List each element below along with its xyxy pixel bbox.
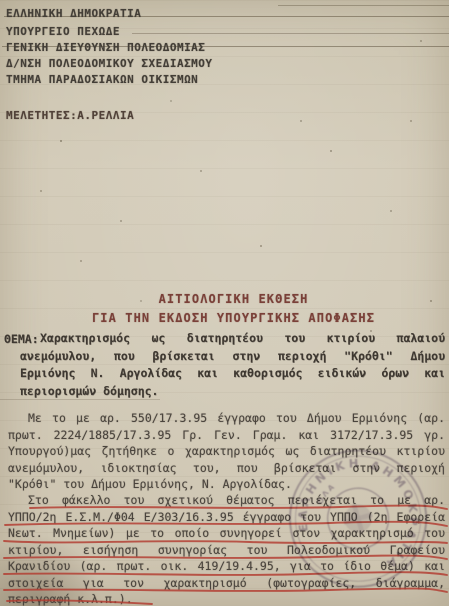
- scan-line: [278, 5, 449, 6]
- body-line: Με το με αρ. 550/17.3.95 έγγραφο του Δήμ…: [8, 412, 445, 425]
- letterhead-line-department: ΤΜΗΜΑ ΠΑΡΑΔΟΣΙΑΚΩΝ ΟΙΚΙΣΜΩΝ: [6, 73, 198, 86]
- letterhead-line-directorate: Δ/ΝΣΗ ΠΟΛΕΟΔΟΜΙΚΟΥ ΣΧΕΔΙΑΣΜΟΥ: [6, 57, 213, 70]
- stamp-emblem: [340, 500, 376, 536]
- subject-line: Ερμιόνης Ν. Αργολίδας και καθορισμός ειδ…: [20, 367, 445, 380]
- scan-line: [132, 33, 449, 34]
- paper-speckle-layer: [0, 0, 2, 2]
- body-line: πρωτ. 2224/1885/17.3.95 Γρ. Γεν. Γραμ. κ…: [8, 429, 445, 442]
- subject-label: ΘΕΜΑ:: [4, 332, 39, 346]
- letterhead-line-directorate-general: ΓΕΝΙΚΗ ΔΙΕΥΘΥΝΣΗ ΠΟΛΕΟΔΟΜΙΑΣ: [6, 41, 205, 54]
- scan-line: [0, 399, 160, 400]
- scanned-document-page: ΕΛΛΗΝΙΚΗ ΔΗΜΟΚΡΑΤΙΑ ΥΠΟΥΡΓΕΙΟ ΠΕΧΩΔΕ ΓΕΝ…: [0, 0, 449, 606]
- report-title: ΑΙΤΙΟΛΟΓΙΚΗ ΕΚΘΕΣΗ: [159, 292, 309, 306]
- letterhead-line-republic: ΕΛΛΗΝΙΚΗ ΔΗΜΟΚΡΑΤΙΑ: [6, 7, 141, 20]
- round-stamp: ΕΛΛΗΝΙΚΗ ΔΗΜΟΚΡΑΤΙΑ ΟΛΑ: [270, 445, 448, 606]
- subject-line: ανεμόμυλου, που βρίσκεται στην περιοχή "…: [20, 350, 445, 363]
- subject-line: Χαρακτηρισμός ως διατηρητέου του κτιρίου…: [40, 332, 445, 345]
- author-line: ΜΕΛΕΤΗΤΕΣ:Α.ΡΕΛΛΙΑ: [6, 109, 134, 122]
- letterhead-line-ministry: ΥΠΟΥΡΓΕΙΟ ΠΕΧΩΔΕ: [6, 25, 120, 38]
- subject-line: περιορισμών δόμησης.: [20, 385, 445, 398]
- report-subtitle: ΓΙΑ ΤΗΝ ΕΚΔΟΣΗ ΥΠΟΥΡΓΙΚΗΣ ΑΠΟΦΑΣΗΣ: [92, 311, 375, 325]
